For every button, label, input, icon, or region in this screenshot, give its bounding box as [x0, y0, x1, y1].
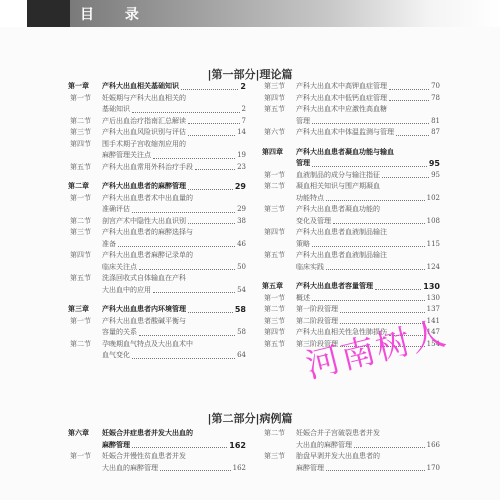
page-number: 95 [431, 170, 440, 182]
toc-section-entry[interactable]: 第三节产科大出血术中高钾血症管理70 [262, 81, 440, 93]
page-number: 124 [427, 262, 440, 274]
toc-chapter-entry[interactable]: 第二章产科大出血患者的麻醉管理29 [68, 181, 246, 193]
section-number: 第二节 [68, 116, 102, 128]
page-number: 19 [237, 150, 246, 162]
section-title: 产科大出血术中低钙血症管理 [296, 93, 387, 105]
toc-section-entry[interactable]: 第三节产科大出血患者的麻醉选择与准备46 [68, 227, 246, 250]
toc-section-entry[interactable]: 第一节血液制品的成分与输注指征95 [262, 170, 440, 182]
section-number: 第二节 [262, 428, 296, 440]
chapter-title: 产科大出血患者内环境管理 [102, 304, 186, 316]
toc-section-entry[interactable]: 第五节产科大出血患者血液制品输注临床实践124 [262, 250, 440, 273]
dot-leader [354, 447, 425, 448]
section-number: 第二节 [262, 304, 296, 316]
section-title: 产科大出血常用外科治疗手段 [102, 162, 193, 174]
page-number: 29 [237, 204, 246, 216]
part-one-title: |第一部分|理论篇 [0, 66, 500, 82]
section-title: 功能特点 [296, 193, 324, 205]
toc-section-entry[interactable]: 第三节产科大出血患者凝血功能的变化及管理108 [262, 204, 440, 227]
page-number: 2 [240, 81, 246, 93]
dot-leader [153, 292, 235, 293]
section-number: 第四节 [68, 139, 102, 151]
chapter-title: 产科大出血患者容量管理 [296, 281, 373, 293]
dot-leader [132, 212, 235, 213]
dot-leader [188, 123, 240, 124]
toc-section-entry[interactable]: 第四节产科大出血患者血液制品输注策略115 [262, 227, 440, 250]
toc-section-entry[interactable]: 第三节胎盘早剥并发大出血患者的麻醉管理170 [262, 451, 440, 474]
section-number: 第三节 [262, 316, 296, 328]
toc-section-entry[interactable]: 第一节妊娠合并慢性贫血患者并发大出血的麻醉管理162 [68, 451, 246, 474]
part-two-right-column: 第二节妊娠合并子宫破裂患者并发大出血的麻醉管理166第三节胎盘早剥并发大出血患者… [262, 428, 440, 474]
section-title: 产科大出血术中体温监测与管理 [296, 127, 394, 139]
section-title: 第一阶段管理 [296, 304, 338, 316]
section-title: 大出血的麻醉管理 [102, 463, 158, 475]
toc-section-entry[interactable]: 第二节剖宫产术中隐性大出血识别38 [68, 216, 246, 228]
page-number: 162 [233, 463, 246, 475]
section-title: 妊娠合并慢性贫血患者并发 [102, 451, 186, 463]
section-title: 大出血中的应用 [102, 285, 151, 297]
section-title: 产科大出血风险识别与评估 [102, 127, 186, 139]
page-number: 87 [431, 127, 440, 139]
toc-section-entry[interactable]: 第二节产后出血治疗指南汇总解读7 [68, 116, 246, 128]
section-title: 洗涤回收式自体输血在产科 [102, 273, 186, 285]
section-number: 第五节 [68, 273, 102, 285]
section-number: 第三节 [68, 227, 102, 239]
dot-leader [188, 189, 233, 190]
page-number: 7 [242, 116, 246, 128]
dot-leader [326, 269, 425, 270]
page-number: 78 [431, 93, 440, 105]
section-title: 产科大出血患者的麻醉选择与 [102, 227, 193, 239]
chapter-title: 管理 [296, 158, 310, 170]
toc-section-entry[interactable]: 第一节产科大出血患者酸碱平衡与容量的关系58 [68, 316, 246, 339]
chapter-number: 第二章 [68, 181, 102, 193]
dot-leader [195, 169, 235, 170]
dot-leader [312, 246, 425, 247]
chapter-title: 产科大出血患者的麻醉管理 [102, 181, 186, 193]
toc-section-entry[interactable]: 第一节妊娠期与产科大出血相关的基础知识2 [68, 93, 246, 116]
section-title: 临床关注点 [102, 262, 137, 274]
section-title: 策略 [296, 239, 310, 251]
section-title: 孕晚期血气特点及大出血术中 [102, 339, 193, 351]
dot-leader [389, 100, 429, 101]
part-two-left-column: 第六章妊娠合并症患者并发大出血的麻醉管理162第一节妊娠合并慢性贫血患者并发大出… [68, 428, 246, 474]
dot-leader [312, 300, 425, 301]
section-title: 剖宫产术中隐性大出血识别 [102, 216, 186, 228]
section-title: 概述 [296, 293, 310, 305]
page-number: 58 [235, 304, 246, 316]
section-title: 临床实践 [296, 262, 324, 274]
section-title: 容量的关系 [102, 327, 137, 339]
page-number: 50 [237, 262, 246, 274]
toc-section-entry[interactable]: 第二节孕晚期血气特点及大出血术中血气变化64 [68, 339, 246, 362]
section-title: 准确评估 [102, 204, 130, 216]
section-title: 产科大出血患者术中出血量的 [102, 193, 193, 205]
section-number: 第五节 [262, 104, 296, 116]
section-title: 大出血的麻醉管理 [296, 440, 352, 452]
section-title: 变化及管理 [296, 216, 331, 228]
toc-chapter-entry[interactable]: 第五章产科大出血患者容量管理130 [262, 281, 440, 293]
toc-section-entry[interactable]: 第二节妊娠合并子宫破裂患者并发大出血的麻醉管理166 [262, 428, 440, 451]
section-number: 第五节 [68, 162, 102, 174]
chapter-title: 产科大出血患者凝血功能与输血 [296, 147, 394, 159]
section-number: 第四节 [262, 327, 296, 339]
page-number: 29 [235, 181, 246, 193]
section-title: 围手术期子宫收缩剂应用的 [102, 139, 186, 151]
section-number: 第三节 [262, 204, 296, 216]
section-title: 血气变化 [102, 350, 130, 362]
toc-chapter-entry[interactable]: 第四章产科大出血患者凝血功能与输血管理95 [262, 147, 440, 170]
part-one-left-column: 第一章产科大出血相关基础知识2第一节妊娠期与产科大出血相关的基础知识2第二节产后… [68, 81, 246, 362]
section-number: 第三节 [68, 127, 102, 139]
dot-leader [375, 289, 421, 290]
dot-leader [139, 335, 235, 336]
dot-leader [118, 246, 235, 247]
section-number: 第六节 [262, 127, 296, 139]
chapter-title: 产科大出血相关基础知识 [102, 81, 179, 93]
toc-section-entry[interactable]: 第三节产科大出血风险识别与评估14 [68, 127, 246, 139]
toc-chapter-entry[interactable]: 第三章产科大出血患者内环境管理58 [68, 304, 246, 316]
page-number: 162 [229, 440, 246, 452]
section-number: 第四节 [68, 250, 102, 262]
section-title: 血液制品的成分与输注指征 [296, 170, 380, 182]
section-title: 产科大出血患者酸碱平衡与 [102, 316, 186, 328]
section-number: 第四节 [262, 93, 296, 105]
page-number: 102 [427, 193, 440, 205]
toc-section-entry[interactable]: 第四节产科大出血患者麻醉记录单的临床关注点50 [68, 250, 246, 273]
toc-section-entry[interactable]: 第一节产科大出血患者术中出血量的准确评估29 [68, 193, 246, 216]
page-number: 58 [237, 327, 246, 339]
toc-header-bar: 目 录 [0, 0, 500, 27]
dot-leader [382, 177, 429, 178]
section-number: 第五节 [262, 339, 296, 351]
section-number: 第一节 [262, 293, 296, 305]
dot-leader [160, 470, 231, 471]
chapter-number: 第六章 [68, 428, 102, 440]
section-number: 第三节 [262, 81, 296, 93]
dot-leader [396, 135, 429, 136]
section-title: 产科大出血术中应激性高血糖 [296, 104, 387, 116]
section-number: 第二节 [68, 339, 102, 351]
dot-leader [188, 312, 233, 313]
dot-leader [312, 123, 429, 124]
section-title: 产科大出血患者麻醉记录单的 [102, 250, 193, 262]
section-title: 麻醉管理 [296, 463, 324, 475]
section-title: 产后出血治疗指南汇总解读 [102, 116, 186, 128]
chapter-title: 麻醉管理 [102, 440, 130, 452]
page-number: 38 [237, 216, 246, 228]
page-number: 2 [242, 104, 246, 116]
section-number: 第二节 [262, 181, 296, 193]
section-number: 第五节 [262, 250, 296, 262]
page-number: 23 [237, 162, 246, 174]
page-number: 70 [431, 81, 440, 93]
dot-leader [389, 89, 429, 90]
chapter-number: 第四章 [262, 147, 296, 159]
dot-leader [326, 200, 425, 201]
toc-chapter-entry[interactable]: 第一章产科大出血相关基础知识2 [68, 81, 246, 93]
section-number: 第一节 [68, 316, 102, 328]
section-title: 产科大出血患者血液制品输注 [296, 250, 387, 262]
page-number: 95 [429, 158, 440, 170]
chapter-number: 第三章 [68, 304, 102, 316]
dot-leader [333, 223, 425, 224]
section-title: 妊娠合并子宫破裂患者并发 [296, 428, 380, 440]
toc-title: 目 录 [80, 4, 152, 24]
section-title: 产科大出血患者凝血功能的 [296, 204, 380, 216]
toc-chapter-entry[interactable]: 第六章妊娠合并症患者并发大出血的麻醉管理162 [68, 428, 246, 451]
section-title: 麻醉管理关注点 [102, 150, 151, 162]
page-number: 130 [427, 293, 440, 305]
section-number: 第一节 [68, 93, 102, 105]
section-number: 第三节 [262, 451, 296, 463]
section-title: 产科大出血术中高钾血症管理 [296, 81, 387, 93]
section-title: 基础知识 [102, 104, 130, 116]
section-title: 胎盘早剥并发大出血患者的 [296, 451, 380, 463]
dot-leader [188, 223, 235, 224]
section-title: 第二阶段管理 [296, 316, 338, 328]
dot-leader [132, 112, 240, 113]
page-number: 64 [237, 350, 246, 362]
section-title: 产科大出血患者血液制品输注 [296, 227, 387, 239]
page-number: 81 [431, 116, 440, 128]
page-number: 166 [427, 440, 440, 452]
page-number: 108 [427, 216, 440, 228]
dot-leader [132, 358, 235, 359]
dot-leader [132, 447, 227, 448]
dot-leader [312, 166, 427, 167]
part-two-title: |第二部分|病例篇 [0, 410, 500, 426]
page-number: 170 [427, 463, 440, 475]
toc-section-entry[interactable]: 第一节概述130 [262, 293, 440, 305]
toc-section-entry[interactable]: 第五节产科大出血术中应激性高血糖管理81 [262, 104, 440, 127]
dot-leader [181, 89, 238, 90]
section-title: 准备 [102, 239, 116, 251]
dot-leader [153, 158, 235, 159]
toc-section-entry[interactable]: 第五节洗涤回收式自体输血在产科大出血中的应用54 [68, 273, 246, 296]
page-number: 54 [237, 285, 246, 297]
chapter-number: 第五章 [262, 281, 296, 293]
page-number: 130 [423, 281, 440, 293]
section-number: 第一节 [68, 193, 102, 205]
toc-section-entry[interactable]: 第五节产科大出血常用外科治疗手段23 [68, 162, 246, 174]
section-title: 妊娠期与产科大出血相关的 [102, 93, 186, 105]
page-number: 14 [237, 127, 246, 139]
dot-leader [326, 470, 425, 471]
toc-section-entry[interactable]: 第二节凝血相关知识与围产期凝血功能特点102 [262, 181, 440, 204]
section-number: 第二节 [68, 216, 102, 228]
chapter-title: 妊娠合并症患者并发大出血的 [102, 428, 193, 440]
part-one-right-column: 第三节产科大出血术中高钾血症管理70第四节产科大出血术中低钙血症管理78第五节产… [262, 81, 440, 350]
chapter-number: 第一章 [68, 81, 102, 93]
dot-leader [188, 135, 235, 136]
section-number: 第一节 [68, 451, 102, 463]
section-number: 第四节 [262, 227, 296, 239]
toc-section-entry[interactable]: 第六节产科大出血术中体温监测与管理87 [262, 127, 440, 139]
toc-section-entry[interactable]: 第四节产科大出血术中低钙血症管理78 [262, 93, 440, 105]
toc-section-entry[interactable]: 第四节围手术期子宫收缩剂应用的麻醉管理关注点19 [68, 139, 246, 162]
section-number: 第一节 [262, 170, 296, 182]
page-number: 115 [427, 239, 440, 251]
page-number: 46 [237, 239, 246, 251]
section-title: 凝血相关知识与围产期凝血 [296, 181, 380, 193]
section-title: 管理 [296, 116, 310, 128]
dot-leader [139, 269, 235, 270]
